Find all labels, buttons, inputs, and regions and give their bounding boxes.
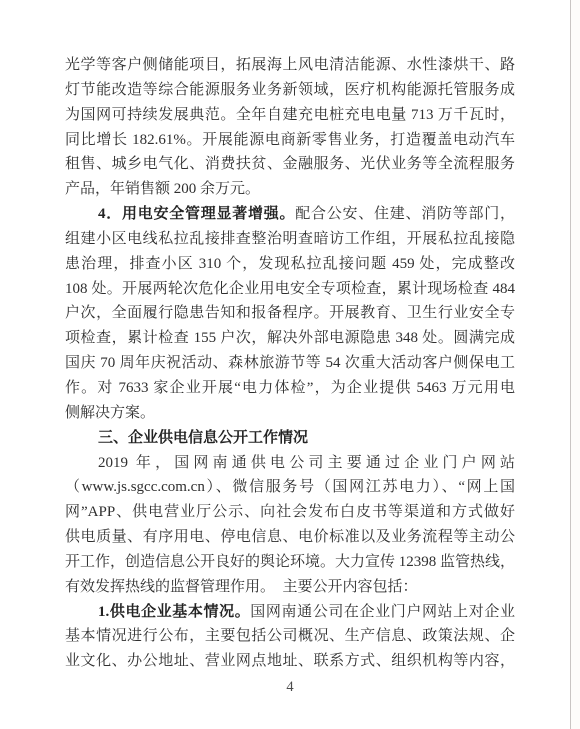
- bold-run: 4．用电安全管理显著增强。: [98, 206, 295, 222]
- text-line: 户次，全面履行隐患告知和报备程序。开展教育、卫生行业安全专: [65, 301, 515, 326]
- text-line: 国庆 70 周年庆祝活动、森林旅游节等 54 次重大活动客户侧保电工: [65, 351, 515, 376]
- text-run: 户次，全面履行隐患告知和报备程序。开展教育、卫生行业安全专: [65, 305, 515, 321]
- scan-edge-line: [570, 0, 571, 729]
- text-line: （www.js.sgcc.com.cn）、微信服务号（国网江苏电力）、“网上国: [65, 475, 515, 500]
- text-block: 光学等客户侧储能项目，拓展海上风电清洁能源、水性漆烘干、路灯节能改造等综合能源服…: [65, 53, 515, 674]
- text-run: 灯节能改造等综合能源服务业务新领域，医疗机构能源托管服务成: [65, 82, 515, 98]
- text-line: 基本情况进行公布，主要包括公司概况、生产信息、政策法规、企: [65, 624, 515, 649]
- scan-margin-strip: [571, 0, 580, 729]
- text-run: （www.js.sgcc.com.cn）、微信服务号（国网江苏电力）、“网上国: [65, 479, 515, 495]
- text-run: 租售、城乡电气化、消费扶贫、金融服务、光伏业务等全流程服务: [65, 156, 515, 172]
- text-line: 1.供电企业基本情况。国网南通公司在企业门户网站上对企业: [65, 600, 515, 625]
- text-run: 组建小区电线私拉乱接排查整治明查暗访工作组，开展私拉乱接隐: [65, 231, 515, 247]
- text-run: 基本情况进行公布，主要包括公司概况、生产信息、政策法规、企: [65, 628, 515, 644]
- text-run: 项检查，累计检查 155 户次，解决外部电源隐患 348 处。圆满完成: [65, 330, 515, 346]
- text-line: 4．用电安全管理显著增强。配合公安、住建、消防等部门，: [65, 202, 515, 227]
- document-page: 光学等客户侧储能项目，拓展海上风电清洁能源、水性漆烘干、路灯节能改造等综合能源服…: [0, 0, 580, 729]
- text-run: 网”APP、供电营业厅公示、向社会发布白皮书等渠道和方式做好: [65, 504, 515, 520]
- text-run: 国庆 70 周年庆祝活动、森林旅游节等 54 次重大活动客户侧保电工: [65, 355, 515, 371]
- text-line: 组建小区电线私拉乱接排查整治明查暗访工作组，开展私拉乱接隐: [65, 227, 515, 252]
- text-run: 产品，年销售额 200 余万元。: [65, 181, 260, 197]
- text-run: 国网南通公司在企业门户网站上对企业: [250, 604, 515, 620]
- text-run: 同比增长 182.61%。开展能源电商新零售业务，打造覆盖电动汽车: [65, 132, 515, 148]
- text-run: 侧解决方案。: [65, 405, 155, 421]
- text-line: 产品，年销售额 200 余万元。: [65, 177, 515, 202]
- text-line: 侧解决方案。: [65, 401, 515, 426]
- text-line: 光学等客户侧储能项目，拓展海上风电清洁能源、水性漆烘干、路: [65, 53, 515, 78]
- text-line: 同比增长 182.61%。开展能源电商新零售业务，打造覆盖电动汽车: [65, 128, 515, 153]
- text-line: 租售、城乡电气化、消费扶贫、金融服务、光伏业务等全流程服务: [65, 152, 515, 177]
- text-run: 有效发挥热线的监督管理作用。 主要公开内容包括：: [65, 579, 418, 595]
- text-line: 108 处。开展两轮次危化企业用电安全专项检查，累计现场检查 484: [65, 277, 515, 302]
- text-line: 供电质量、有序用电、停电信息、电价标准以及业务流程等主动公: [65, 525, 515, 550]
- text-run: 为国网可持续发展典范。全年自建充电桩充电电量 713 万千瓦时，: [65, 107, 515, 123]
- text-line: 有效发挥热线的监督管理作用。 主要公开内容包括：: [65, 575, 515, 600]
- text-line: 项检查，累计检查 155 户次，解决外部电源隐患 348 处。圆满完成: [65, 326, 515, 351]
- text-line: 2019 年，国网南通供电公司主要通过企业门户网站: [65, 451, 515, 476]
- text-line: 业文化、办公地址、营业网点地址、联系方式、组织机构等内容，: [65, 649, 515, 674]
- text-run: 配合公安、住建、消防等部门，: [295, 206, 515, 222]
- page-number: 4: [0, 679, 580, 696]
- text-line: 网”APP、供电营业厅公示、向社会发布白皮书等渠道和方式做好: [65, 500, 515, 525]
- text-line: 三、企业供电信息公开工作情况: [65, 426, 515, 451]
- text-run: 108 处。开展两轮次危化企业用电安全专项检查，累计现场检查 484: [65, 281, 515, 297]
- text-run: 开工作，创造信息公开良好的舆论环境。大力宣传 12398 监管热线，: [65, 554, 515, 570]
- text-run: 作。对 7633 家企业开展“电力体检”，为企业提供 5463 万元用电: [65, 380, 515, 396]
- bold-run: 1.供电企业基本情况。: [98, 604, 250, 620]
- text-line: 为国网可持续发展典范。全年自建充电桩充电电量 713 万千瓦时，: [65, 103, 515, 128]
- text-run: 2019 年，国网南通供电公司主要通过企业门户网站: [98, 455, 515, 471]
- text-run: 业文化、办公地址、营业网点地址、联系方式、组织机构等内容，: [65, 653, 515, 669]
- text-line: 开工作，创造信息公开良好的舆论环境。大力宣传 12398 监管热线，: [65, 550, 515, 575]
- bold-run: 三、企业供电信息公开工作情况: [98, 430, 308, 446]
- text-run: 患治理，排查小区 310 个，发现私拉乱接问题 459 处，完成整改: [65, 256, 515, 272]
- text-line: 患治理，排查小区 310 个，发现私拉乱接问题 459 处，完成整改: [65, 252, 515, 277]
- text-line: 灯节能改造等综合能源服务业务新领域，医疗机构能源托管服务成: [65, 78, 515, 103]
- text-line: 作。对 7633 家企业开展“电力体检”，为企业提供 5463 万元用电: [65, 376, 515, 401]
- text-run: 供电质量、有序用电、停电信息、电价标准以及业务流程等主动公: [65, 529, 515, 545]
- text-run: 光学等客户侧储能项目，拓展海上风电清洁能源、水性漆烘干、路: [65, 57, 515, 73]
